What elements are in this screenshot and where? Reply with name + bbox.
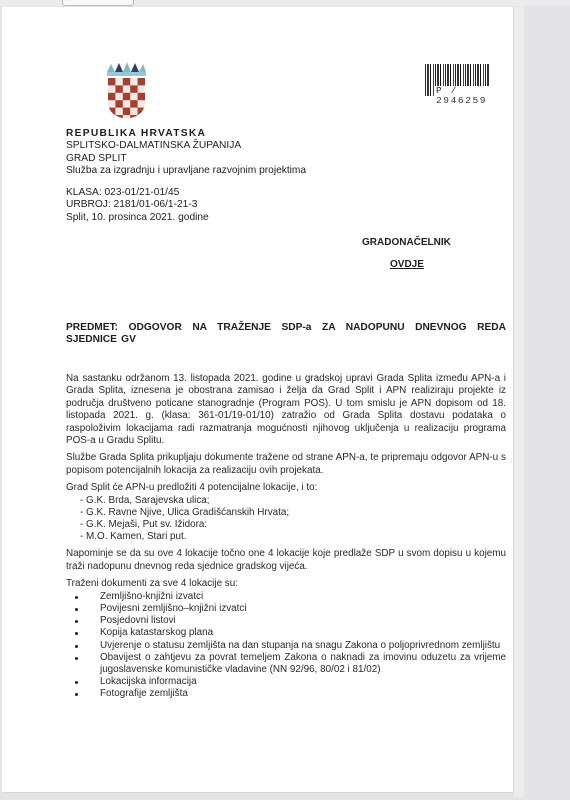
documents-list: Zemljišno-knjižni izvatci Povijesni zeml… bbox=[66, 591, 506, 701]
paragraph-locations-intro: Grad Split će APN-u predložiti 4 potenci… bbox=[66, 482, 506, 494]
paragraph-meeting: Na sastanku održanom 13. listopada 2021.… bbox=[66, 373, 506, 447]
document-date: Split, 10. prosinca 2021. godine bbox=[66, 212, 209, 224]
viewer-top-bar bbox=[0, 0, 570, 6]
document-item: Lokacijska informacija bbox=[94, 676, 506, 688]
location-item: M.O. Kamen, Stari put. bbox=[80, 531, 506, 543]
location-item: G.K. Mejaši, Put sv. Ižidora: bbox=[80, 519, 506, 531]
document-item: Zemljišno-knjižni izvatci bbox=[94, 591, 506, 603]
subject-line: PREDMET: ODGOVOR NA TRAŽENJE SDP-a ZA NA… bbox=[66, 322, 506, 346]
barcode-label: P / 2946259 bbox=[434, 86, 489, 96]
sender-block: REPUBLIKA HRVATSKA SPLITSKO-DALMATINSKA … bbox=[66, 128, 306, 178]
document-item: Uvjerenje o statusu zemljišta na dan stu… bbox=[94, 640, 506, 652]
location-item: G.K. Brda, Sarajevska ulica; bbox=[80, 495, 506, 507]
barcode: P / 2946259 bbox=[425, 64, 489, 96]
paragraph-services: Službe Grada Splita prikupljaju dokument… bbox=[66, 452, 506, 477]
croatian-coat-of-arms-icon bbox=[105, 62, 147, 120]
sender-country: REPUBLIKA HRVATSKA bbox=[66, 128, 306, 140]
scrollbar[interactable] bbox=[514, 7, 524, 797]
paragraph-documents-intro: Traženi dokumenti za sve 4 lokacije su: bbox=[66, 578, 506, 590]
recipient-title: GRADONAČELNIK bbox=[362, 237, 451, 249]
klasa: KLASA: 023-01/21-01/45 bbox=[66, 187, 209, 199]
document-item: Obavijest o zahtjevu za povrat temeljem … bbox=[94, 652, 506, 676]
document-item: Kopija katastarskog plana bbox=[94, 627, 506, 639]
paragraph-note: Napominje se da su ove 4 lokacije točno … bbox=[66, 548, 506, 573]
sender-city: GRAD SPLIT bbox=[66, 153, 306, 165]
reference-block: KLASA: 023-01/21-01/45 URBROJ: 2181/01-0… bbox=[66, 187, 209, 224]
sender-county: SPLITSKO-DALMATINSKA ŽUPANIJA bbox=[66, 140, 306, 152]
viewer-tab[interactable] bbox=[62, 0, 134, 6]
recipient-location: OVDJE bbox=[390, 259, 451, 271]
letter-body: Na sastanku održanom 13. listopada 2021.… bbox=[66, 373, 506, 701]
document-item: Fotografije zemljišta bbox=[94, 688, 506, 700]
document-item: Povijesni zemljišno–knjižni izvatci bbox=[94, 603, 506, 615]
locations-list: G.K. Brda, Sarajevska ulica; G.K. Ravne … bbox=[66, 495, 506, 544]
document-item: Posjedovni listovi bbox=[94, 615, 506, 627]
recipient-block: GRADONAČELNIK OVDJE bbox=[362, 237, 451, 271]
location-item: G.K. Ravne Njive, Ulica Gradišćanskih Hr… bbox=[80, 507, 506, 519]
urbroj: URBROJ: 2181/01-06/1-21-3 bbox=[66, 199, 209, 211]
sender-department: Služba za izgradnju i upravljane razvojn… bbox=[66, 165, 306, 177]
